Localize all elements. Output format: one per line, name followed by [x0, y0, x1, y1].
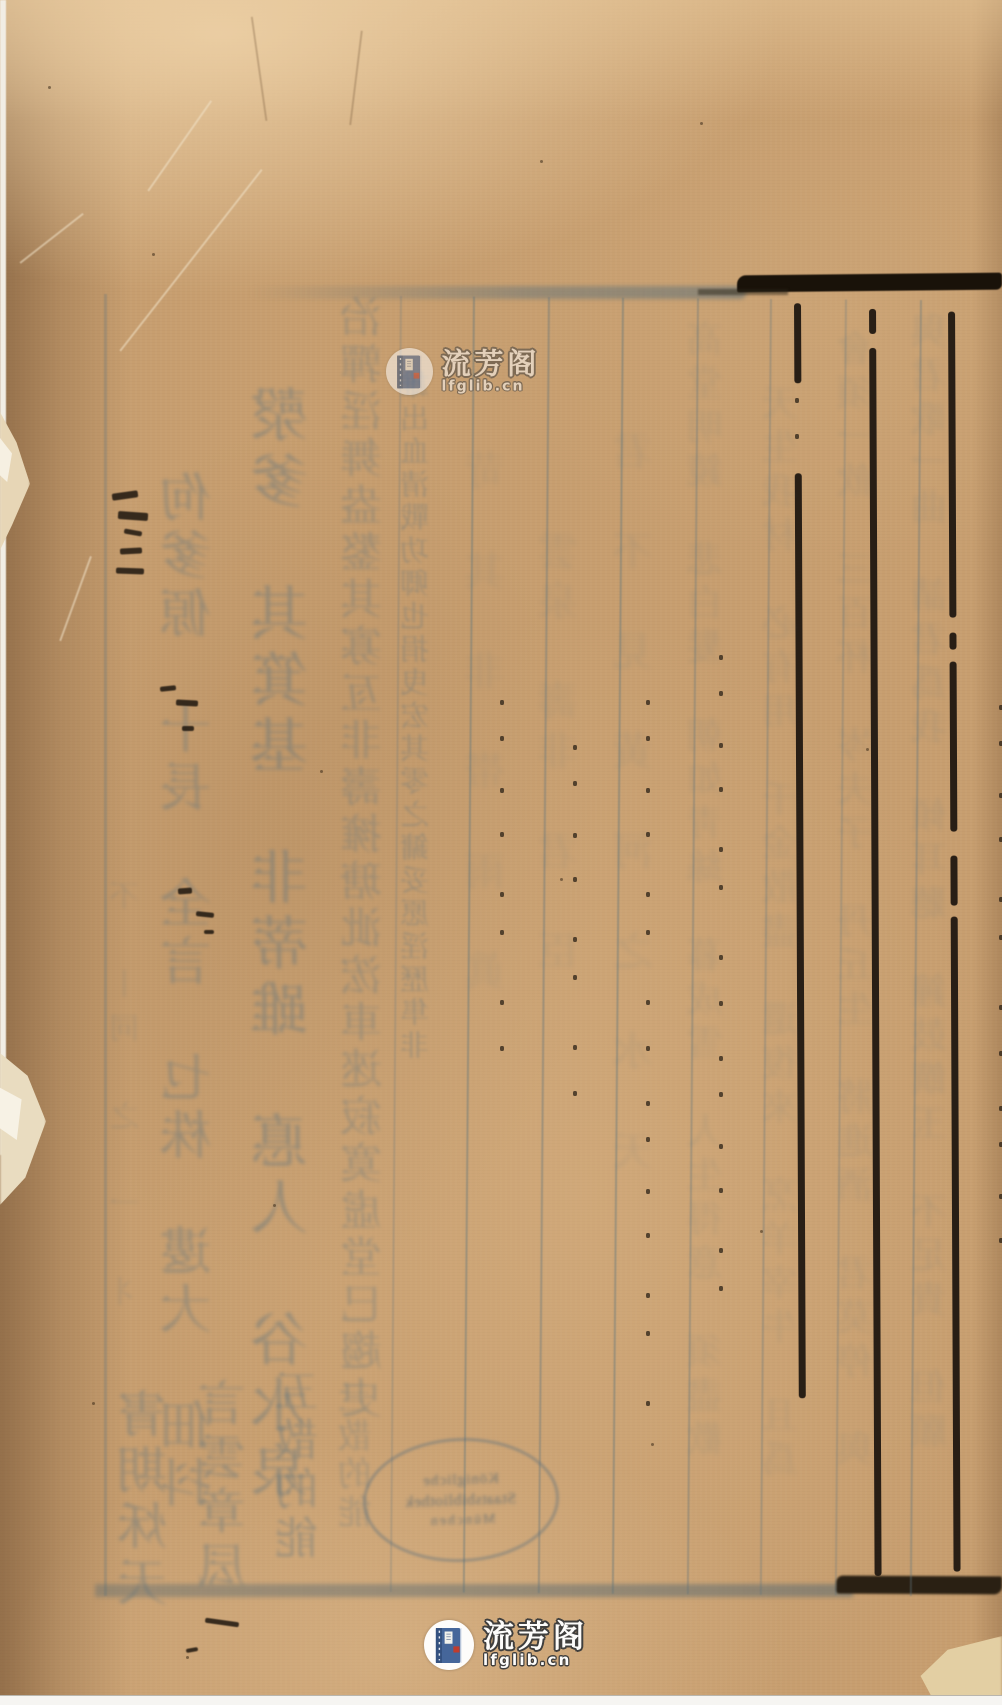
- ink-dot: [646, 892, 650, 897]
- watermark-logo-top: 流芳阁 lfglib.cn: [386, 348, 540, 395]
- ink-dot: [573, 833, 577, 838]
- ink-blot: [196, 911, 214, 918]
- page-scan: 佝爹傆 十長 全言 乜株 遱大 佃抖漀爹 其箕基 非蒂雖 悳人 谷水泉治嚲淫舞盎…: [0, 0, 1002, 1705]
- book-icon: [386, 348, 433, 395]
- ink-dot: [646, 832, 650, 837]
- ink-blot: [204, 930, 214, 934]
- ink-blot: [120, 547, 142, 554]
- ink-dot: [719, 1188, 723, 1193]
- ink-dot: [646, 1233, 650, 1238]
- paper-speck: [152, 253, 155, 256]
- ink-blot: [186, 1647, 199, 1653]
- ink-dot: [646, 930, 650, 935]
- ink-dot: [646, 1000, 650, 1005]
- stamp-text: Staatsbibliothek: [405, 1490, 517, 1512]
- ink-dot: [719, 655, 723, 660]
- ink-dot: [646, 700, 650, 705]
- paper-crease: [59, 556, 91, 641]
- ink-blot: [112, 490, 139, 501]
- ink-dot: [795, 434, 799, 439]
- ink-dot: [573, 745, 577, 750]
- paper-crease: [147, 100, 211, 191]
- ink-dot: [719, 955, 723, 960]
- watermark-url: lfglib.cn: [441, 379, 540, 393]
- ink-dot: [646, 1401, 650, 1406]
- watermark-url: lfglib.cn: [483, 1653, 588, 1668]
- ink-dot: [719, 1248, 723, 1253]
- ink-dot: [573, 1045, 577, 1050]
- paper-speck: [273, 1204, 276, 1207]
- ink-blot: [205, 1618, 239, 1628]
- ink-dot: [719, 787, 723, 792]
- ink-dot: [646, 1101, 650, 1106]
- paper-crease: [350, 31, 363, 125]
- ink-blot: [124, 528, 143, 536]
- ink-dot: [646, 1046, 650, 1051]
- ink-dot: [573, 877, 577, 882]
- ink-dot: [719, 1092, 723, 1097]
- paper-speck: [48, 86, 51, 89]
- ink-blot: [118, 511, 148, 521]
- ink-dot: [646, 1331, 650, 1336]
- ink-dot: [719, 691, 723, 696]
- ink-blot: [178, 888, 192, 895]
- ink-dot: [500, 1046, 504, 1051]
- ink-dot: [719, 847, 723, 852]
- ink-dot: [500, 1000, 504, 1005]
- paper-speck: [92, 1402, 95, 1405]
- ink-dot: [573, 975, 577, 980]
- book-icon: [424, 1620, 474, 1670]
- ink-dot: [573, 1091, 577, 1096]
- ink-dot: [500, 832, 504, 837]
- ink-dot: [500, 930, 504, 935]
- ink-dot: [500, 788, 504, 793]
- ink-dot: [719, 1001, 723, 1006]
- paper-speck: [186, 1656, 189, 1659]
- ink-dot: [719, 1056, 723, 1061]
- ink-blot: [176, 699, 198, 706]
- ink-dot: [646, 1293, 650, 1298]
- ink-blot: [160, 685, 176, 692]
- paper-speck: [560, 878, 563, 881]
- ink-dot: [719, 743, 723, 748]
- ink-dot: [646, 1189, 650, 1194]
- paper-crease: [119, 169, 262, 351]
- ink-blot: [182, 726, 194, 731]
- watermark-title: 流芳阁: [441, 349, 540, 379]
- ink-dot: [573, 937, 577, 942]
- ink-dot: [795, 398, 799, 403]
- ink-dot: [719, 885, 723, 890]
- paper-speck: [320, 770, 323, 773]
- ink-dot: [646, 788, 650, 793]
- scanner-bottom-strip: [0, 1695, 1002, 1705]
- paper-speck: [700, 122, 703, 125]
- watermark-logo-bottom: 流芳阁 lfglib.cn: [424, 1620, 588, 1670]
- ink-dot: [573, 781, 577, 786]
- paper-speck: [760, 1230, 763, 1233]
- paper-crease: [20, 213, 84, 264]
- ink-dot: [500, 700, 504, 705]
- ink-dot: [646, 736, 650, 741]
- ink-dot: [719, 1286, 723, 1291]
- paper-speck: [540, 160, 543, 163]
- ink-dot: [646, 1137, 650, 1142]
- paper-crease: [251, 17, 267, 121]
- ink-dot: [719, 1144, 723, 1149]
- watermark-title: 流芳阁: [483, 1622, 588, 1654]
- ink-dot: [500, 892, 504, 897]
- paper-speck: [866, 748, 869, 751]
- ink-dot: [500, 736, 504, 741]
- stamp-text: München: [428, 1511, 495, 1529]
- paper-speck: [651, 1443, 654, 1446]
- stamp-text: Königliche: [422, 1470, 499, 1490]
- ink-blot: [116, 568, 144, 575]
